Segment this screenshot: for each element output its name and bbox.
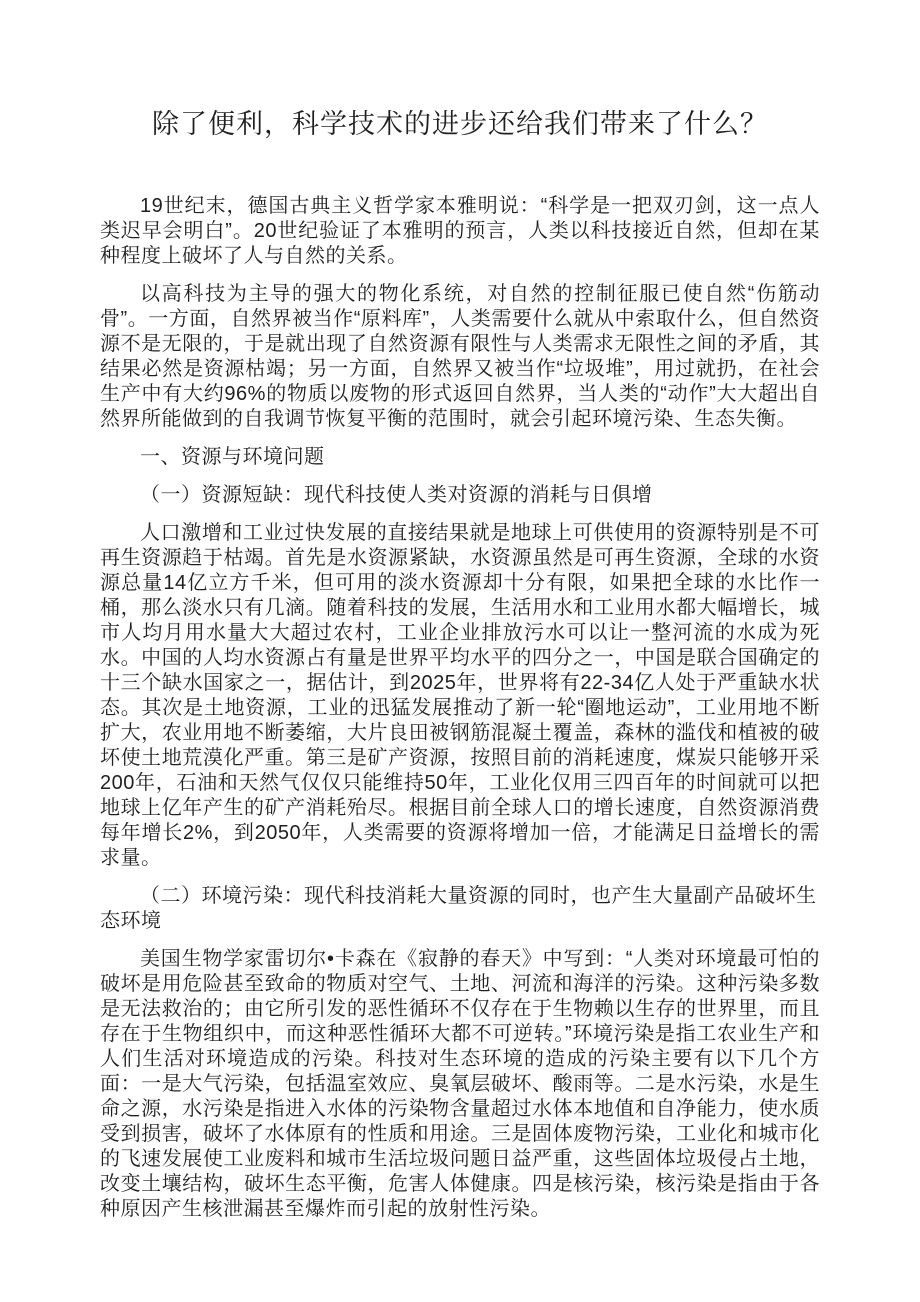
document-title: 除了便利，科学技术的进步还给我们带来了什么？ <box>100 106 820 142</box>
document-page: 除了便利，科学技术的进步还给我们带来了什么？ 19世纪末，德国古典主义哲学家本雅… <box>0 0 920 1302</box>
body-paragraph: 人口激增和工业过快发展的直接结果就是地球上可供使用的资源特别是不可再生资源趋于枯… <box>100 521 820 871</box>
body-paragraph: 美国生物学家雷切尔•卡森在《寂静的春天》中写到：“人类对环境最可怕的破坏是用危险… <box>100 947 820 1222</box>
section-heading: （一）资源短缺：现代科技使人类对资源的消耗与日俱增 <box>100 483 820 508</box>
document-content: 除了便利，科学技术的进步还给我们带来了什么？ 19世纪末，德国古典主义哲学家本雅… <box>0 106 920 1222</box>
section-heading: （二）环境污染：现代科技消耗大量资源的同时，也产生大量副产品破坏生态环境 <box>100 884 820 934</box>
section-heading: 一、资源与环境问题 <box>100 445 820 470</box>
body-paragraph: 以高科技为主导的强大的物化系统，对自然的控制征服已使自然“伤筋动骨”。一方面，自… <box>100 282 820 432</box>
body-paragraph: 19世纪末，德国古典主义哲学家本雅明说：“科学是一把双刃剑，这一点人类迟早会明白… <box>100 194 820 269</box>
document-body: 19世纪末，德国古典主义哲学家本雅明说：“科学是一把双刃剑，这一点人类迟早会明白… <box>100 194 820 1222</box>
